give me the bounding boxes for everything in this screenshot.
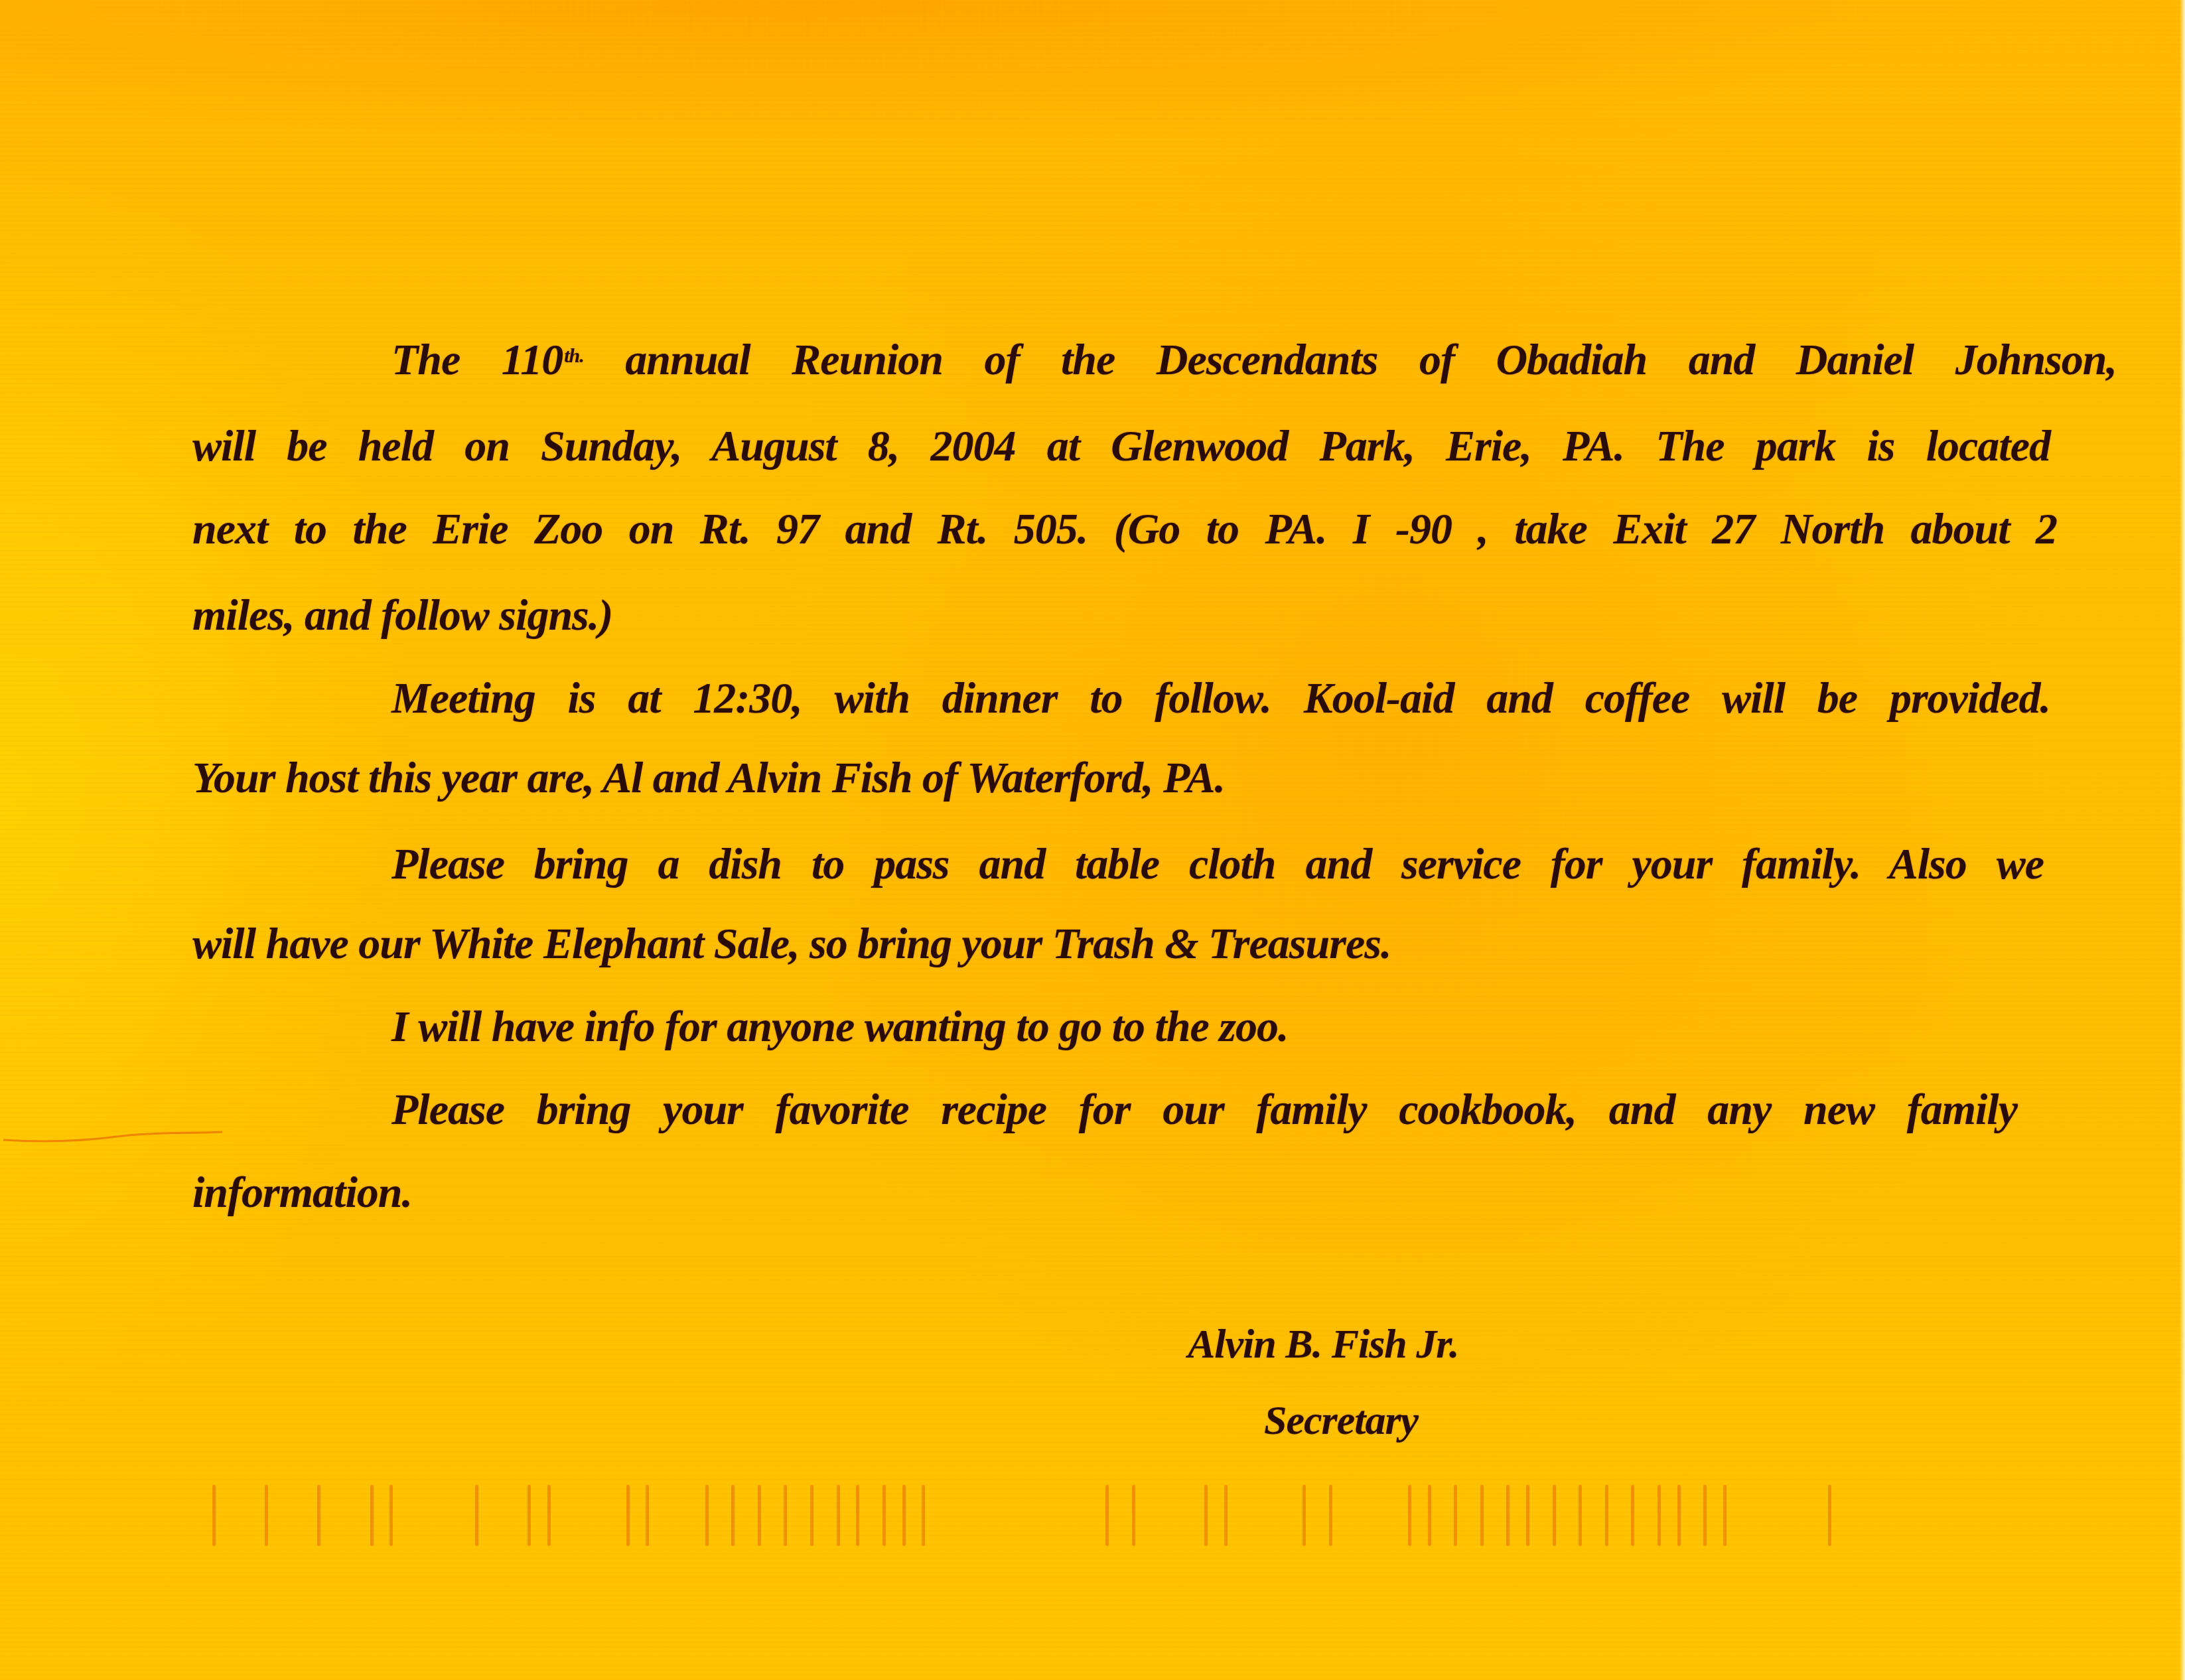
barcode-bar: [646, 1485, 649, 1546]
barcode-bar: [1454, 1485, 1457, 1546]
barcode-bar: [1677, 1485, 1681, 1546]
barcode-bar: [810, 1485, 813, 1546]
barcode-bar: [837, 1485, 840, 1546]
paragraph-1-line-4: miles, and follow signs.): [192, 594, 612, 638]
barcode-bar: [1132, 1485, 1135, 1546]
barcode-bar: [758, 1485, 761, 1546]
barcode-bar: [731, 1485, 735, 1546]
barcode-bar: [547, 1485, 551, 1546]
barcode-bar: [1428, 1485, 1431, 1546]
barcode-bar: [626, 1485, 630, 1546]
barcode-bar: [1329, 1485, 1332, 1546]
barcode-bar: [856, 1485, 859, 1546]
barcode-bar: [370, 1485, 374, 1546]
barcode-bar: [1631, 1485, 1634, 1546]
signature-title: Secretary: [1264, 1400, 1418, 1441]
barcode-bar: [705, 1485, 709, 1546]
paragraph-1-line-3: next to the Erie Zoo on Rt. 97 and Rt. 5…: [192, 508, 2057, 551]
barcode-bar: [475, 1485, 478, 1546]
barcode-bar: [882, 1485, 886, 1546]
paragraph-3-line-1: Please bring a dish to pass and table cl…: [391, 843, 2044, 886]
signature-name: Alvin B. Fish Jr.: [1188, 1324, 1459, 1365]
ordinal-suffix: th.: [564, 345, 584, 367]
barcode-bar: [1105, 1485, 1109, 1546]
barcode-bar: [317, 1485, 320, 1546]
barcode-bar: [1303, 1485, 1306, 1546]
barcode-bar: [1224, 1485, 1228, 1546]
barcode-bar: [1828, 1485, 1831, 1546]
barcode-bar: [528, 1485, 531, 1546]
barcode-bar: [1657, 1485, 1661, 1546]
barcode-bar: [1703, 1485, 1707, 1546]
paragraph-3-line-2: will have our White Elephant Sale, so br…: [192, 922, 1391, 966]
barcode-bar: [1723, 1485, 1727, 1546]
barcode-bar: [1506, 1485, 1510, 1546]
barcode-bar: [212, 1485, 216, 1546]
postal-barcode-marks: [212, 1485, 1831, 1546]
paragraph-4-line-1: I will have info for anyone wanting to g…: [391, 1005, 1289, 1049]
barcode-bar: [1553, 1485, 1556, 1546]
paragraph-2-line-1: Meeting is at 12:30, with dinner to foll…: [391, 677, 2050, 721]
text-segment: annual Reunion of the Descendants of Oba…: [584, 336, 2117, 384]
letter-body: The 110th. annual Reunion of the Descend…: [0, 0, 2185, 1680]
paragraph-5-line-2: information.: [192, 1171, 412, 1215]
barcode-bar: [1526, 1485, 1529, 1546]
barcode-bar: [1605, 1485, 1608, 1546]
barcode-bar: [1480, 1485, 1484, 1546]
barcode-bar: [389, 1485, 393, 1546]
barcode-bar: [784, 1485, 787, 1546]
paragraph-2-line-2: Your host this year are, Al and Alvin Fi…: [192, 756, 1225, 800]
paragraph-1-line-1: The 110th. annual Reunion of the Descend…: [391, 338, 2117, 382]
paragraph-5-line-1: Please bring your favorite recipe for ou…: [391, 1088, 2017, 1132]
barcode-bar: [1408, 1485, 1411, 1546]
paragraph-1-line-2: will be held on Sunday, August 8, 2004 a…: [192, 425, 2050, 468]
barcode-bar: [902, 1485, 906, 1546]
barcode-bar: [922, 1485, 925, 1546]
text-segment: The 110: [391, 336, 563, 384]
barcode-bar: [265, 1485, 268, 1546]
barcode-bar: [1579, 1485, 1582, 1546]
barcode-bar: [1204, 1485, 1208, 1546]
